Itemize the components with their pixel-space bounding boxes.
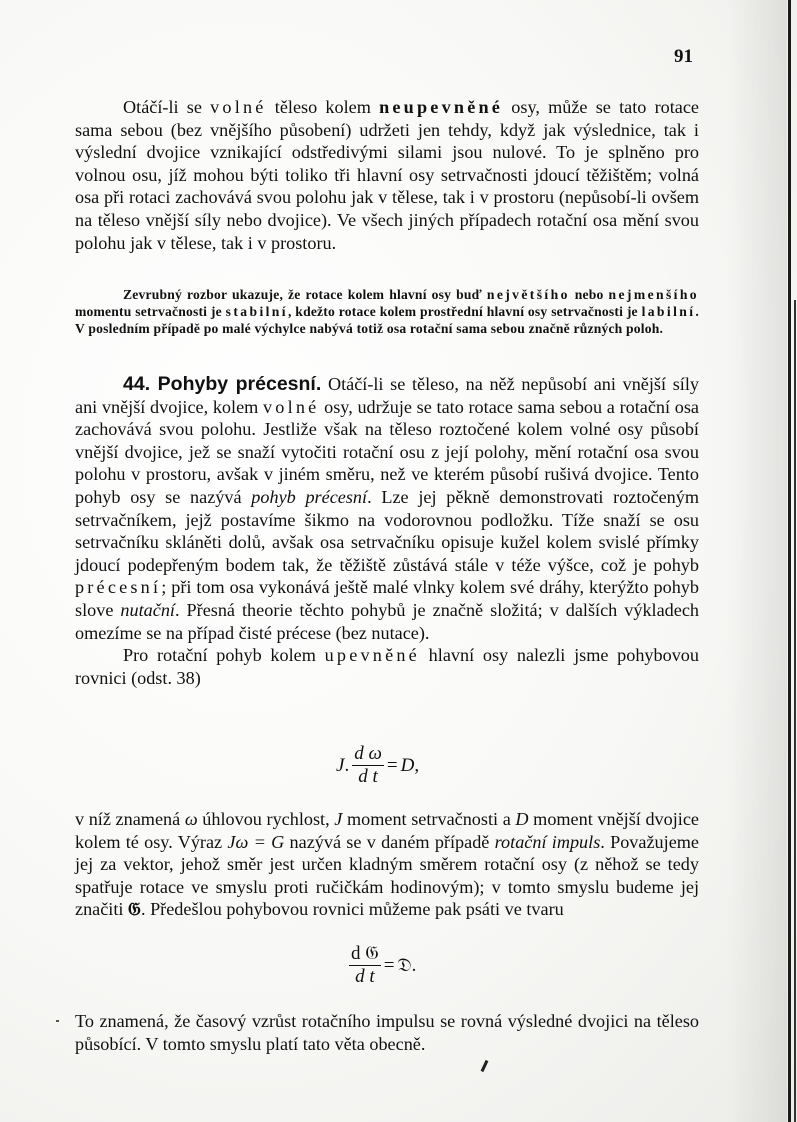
scan-artifact xyxy=(481,1060,489,1072)
emphasis-spaced: labilní xyxy=(642,304,696,319)
note-text: Zevrubný rozbor ukazuje, že rotace kolem… xyxy=(75,286,699,337)
text-run: moment setrvačnosti a xyxy=(342,809,515,829)
fraction-numerator: d ω xyxy=(352,744,384,766)
page-number: 91 xyxy=(674,46,693,68)
math-symbol: 𝔊 xyxy=(128,899,141,920)
equation-impulse: d 𝔊 d t = 𝔇 . xyxy=(346,944,416,987)
equation-motion: J . d ω d t = D , xyxy=(336,744,419,787)
math-operator: . xyxy=(344,755,349,777)
math-expression: Jω = G xyxy=(227,832,284,852)
math-symbol: D xyxy=(401,755,415,777)
math-symbol: 𝔇 xyxy=(397,955,411,977)
math-punctuation: , xyxy=(414,755,419,777)
emphasis-spaced: neupevněné xyxy=(379,97,503,117)
text-run: osy, může se tato rotace sama sebou (bez… xyxy=(75,97,699,253)
emphasis-italic: pohyb précesní xyxy=(251,487,367,507)
text-run: Zevrubný rozbor ukazuje, že rotace kolem… xyxy=(123,287,487,302)
emphasis-italic: nutační xyxy=(120,600,175,620)
emphasis-italic: rotační impuls xyxy=(495,832,601,852)
paragraph-intro-text: Otáčí-li se volné těleso kolem neupevněn… xyxy=(75,96,699,254)
fraction-numerator: d 𝔊 xyxy=(349,944,381,966)
fraction-denominator: d t xyxy=(358,766,378,787)
emphasis-spaced: nejmenšího xyxy=(609,287,699,302)
fraction-denominator: d t xyxy=(355,966,375,987)
text-run: nazývá se v daném případě xyxy=(284,832,494,852)
text-run: těleso kolem xyxy=(267,97,380,117)
emphasis-spaced: upevněné xyxy=(325,645,420,665)
text-run: Otáčí-li se xyxy=(123,97,210,117)
scan-artifact xyxy=(56,1020,59,1022)
footnote-small-print: Zevrubný rozbor ukazuje, že rotace kolem… xyxy=(75,286,699,337)
paragraph-intro: Otáčí-li se volné těleso kolem neupevněn… xyxy=(75,96,699,254)
text-run: Pro rotační pohyb kolem xyxy=(123,645,325,665)
section-44: 44. Pohyby précesní. Otáčí-li se těleso,… xyxy=(75,373,699,689)
section-heading: 44. Pohyby précesní. xyxy=(123,373,321,395)
paragraph-rotational-impulse-text: v níž znamená ω úhlovou rychlost, J mome… xyxy=(75,808,699,922)
page-binding-edge xyxy=(788,0,791,1122)
page-binding-edge-inner xyxy=(794,300,796,1122)
math-symbol: J xyxy=(336,755,344,777)
text-run: , kdežto rotace kolem prostřední hlavní … xyxy=(288,304,642,319)
section-44-text: 44. Pohyby précesní. Otáčí-li se těleso,… xyxy=(75,373,699,644)
emphasis-spaced: précesní xyxy=(75,577,161,597)
math-symbol: D xyxy=(515,809,528,829)
fraction: d ω d t xyxy=(352,744,384,787)
text-run: úhlovou rychlost, xyxy=(198,809,335,829)
paragraph-equation-intro: Pro rotační pohyb kolem upevněné hlavní … xyxy=(75,644,699,689)
math-operator: = xyxy=(387,755,398,777)
page-edge-shadow xyxy=(727,0,787,1122)
math-symbol: ω xyxy=(185,809,198,829)
emphasis-spaced: největšího xyxy=(487,287,570,302)
text-run: momentu setrvačnosti je xyxy=(75,304,226,319)
text-run: . Předešlou pohybovou rovnici můžeme pak… xyxy=(141,899,564,919)
text-run: nebo xyxy=(570,287,609,302)
paragraph-rotational-impulse: v níž znamená ω úhlovou rychlost, J mome… xyxy=(75,808,699,922)
fraction: d 𝔊 d t xyxy=(349,944,381,987)
emphasis-spaced: volné xyxy=(210,97,266,117)
scanned-book-page: 91 Otáčí-li se volné těleso kolem neupev… xyxy=(0,0,797,1122)
paragraph-conclusion-text: To znamená, že časový vzrůst rotačního i… xyxy=(75,1010,699,1055)
paragraph-conclusion: To znamená, že časový vzrůst rotačního i… xyxy=(75,1010,699,1055)
emphasis-spaced: stabilní xyxy=(226,304,288,319)
emphasis-spaced: volné xyxy=(263,397,319,417)
text-run: v níž znamená xyxy=(75,809,185,829)
math-operator: = xyxy=(384,955,395,977)
math-punctuation: . xyxy=(412,955,417,977)
